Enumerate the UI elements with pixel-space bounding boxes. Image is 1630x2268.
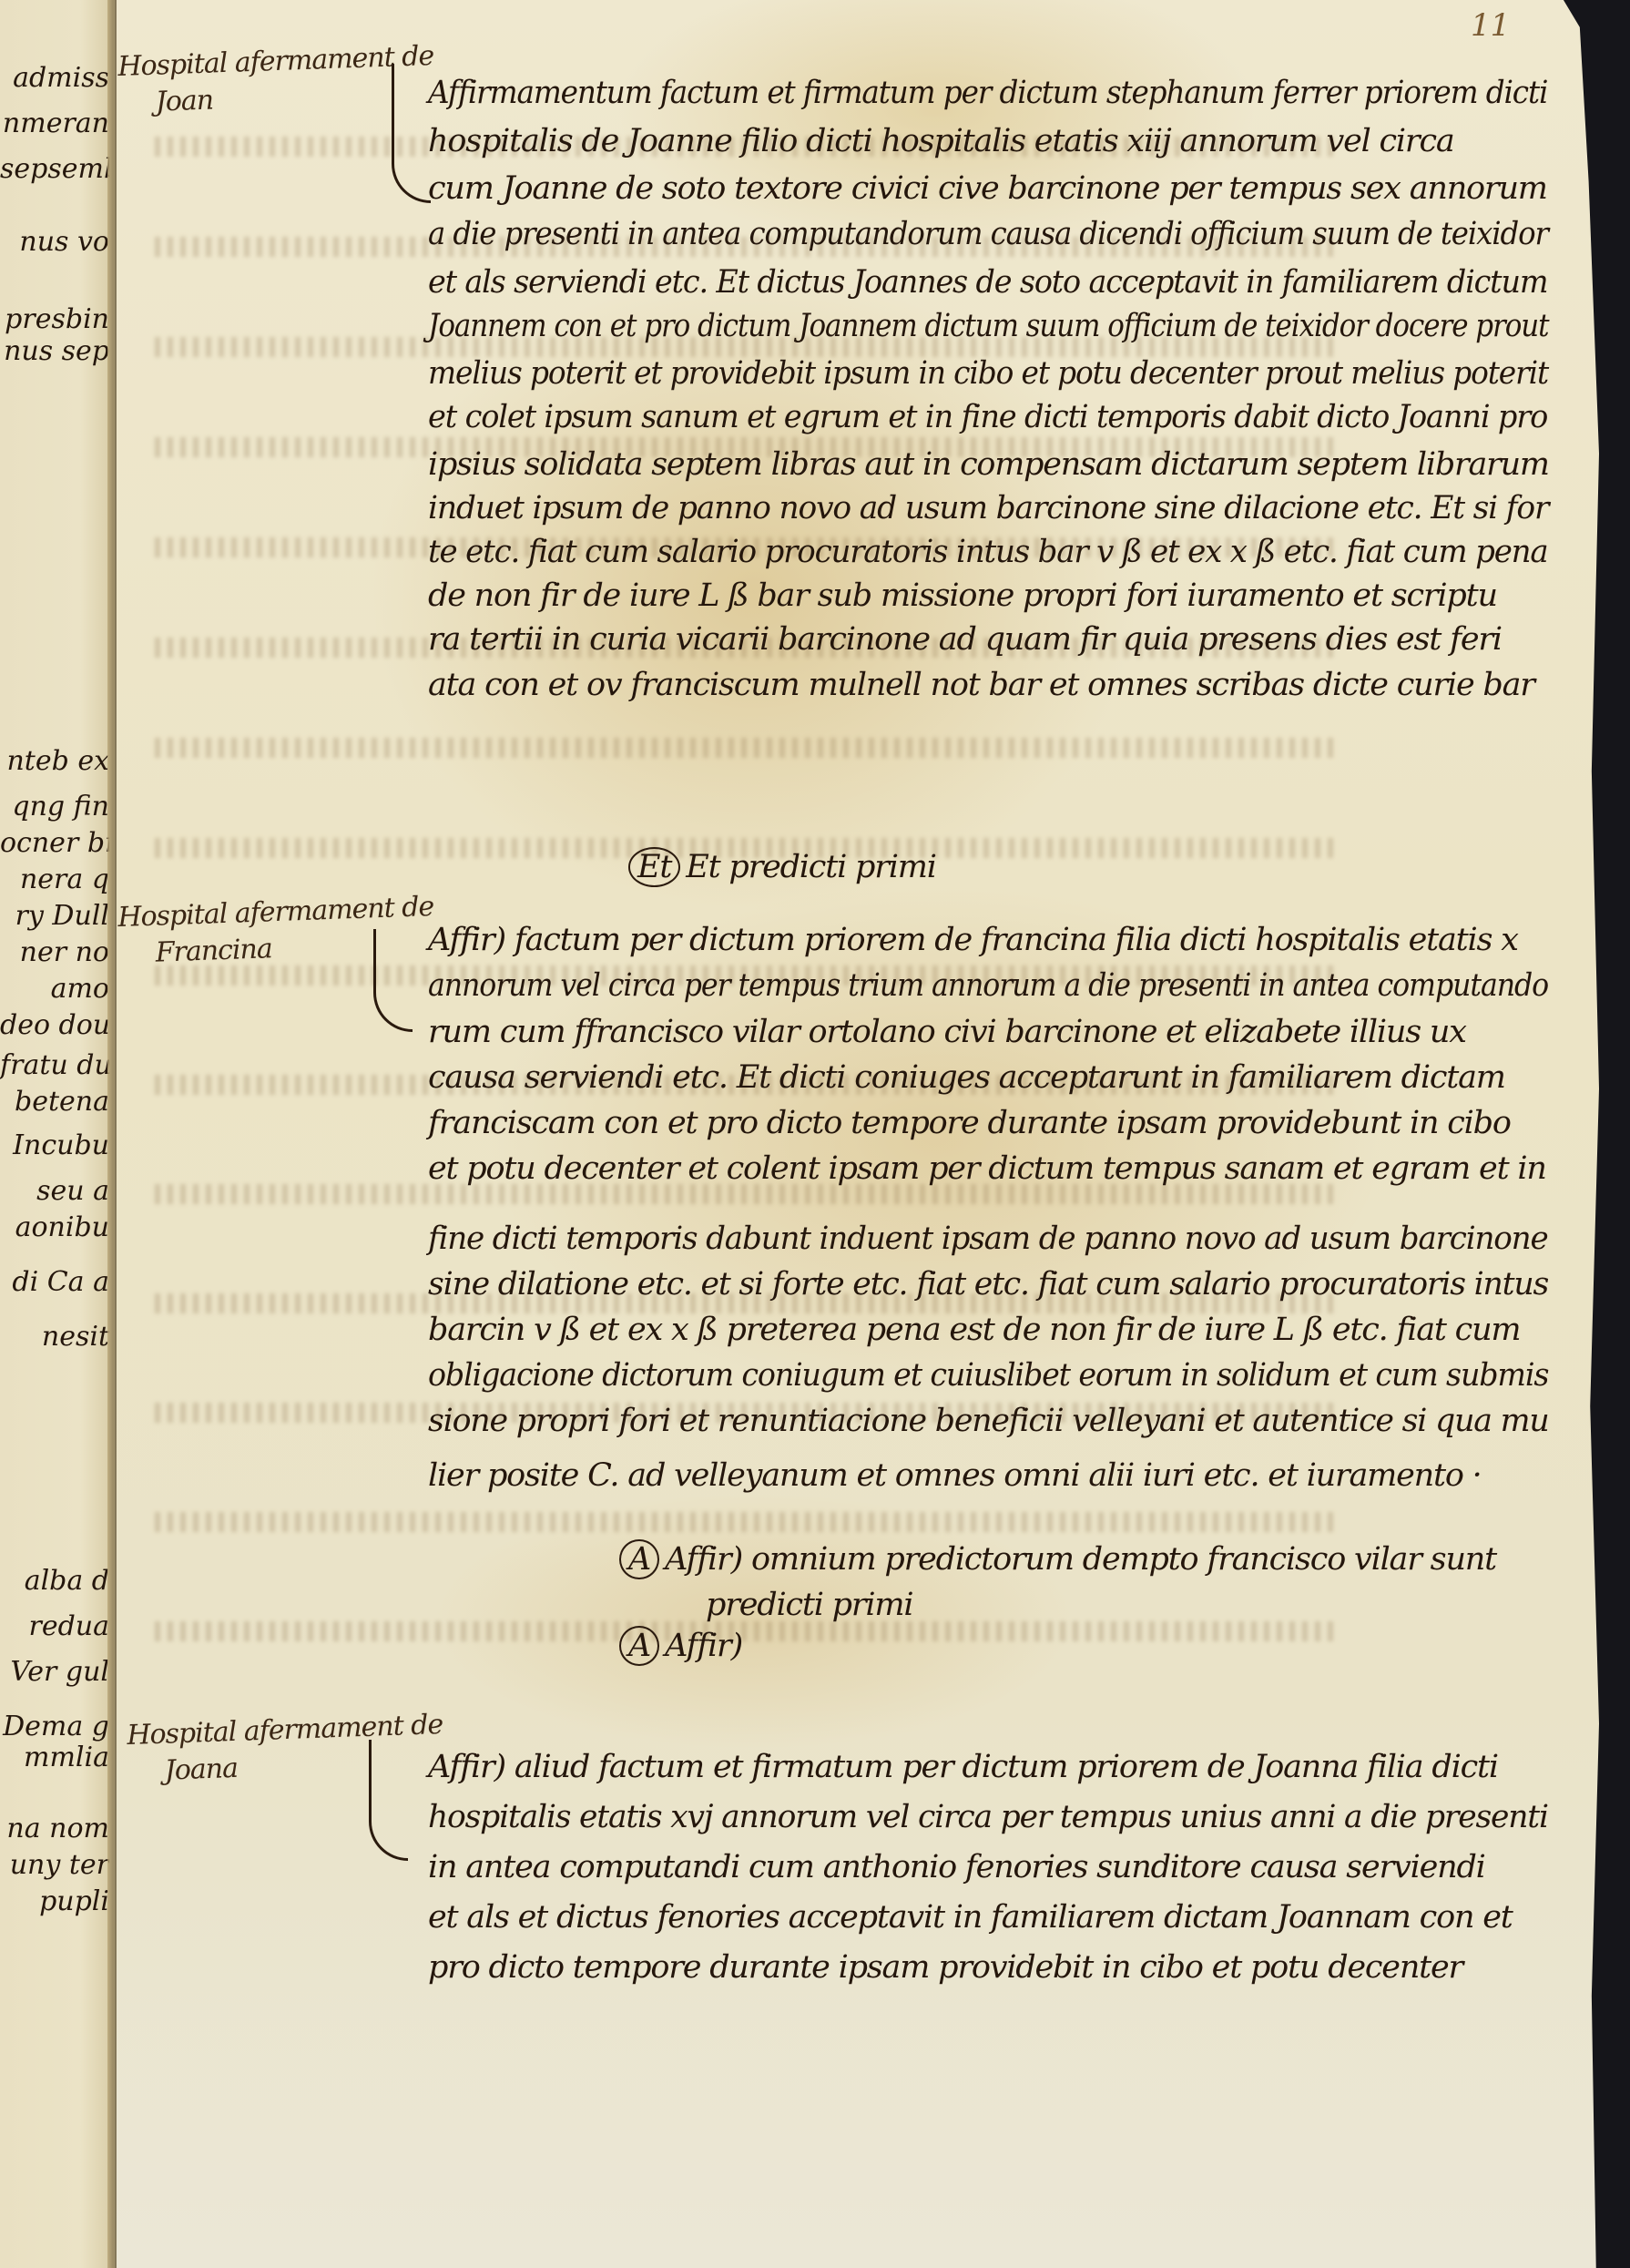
closing-text: Affir)	[665, 1628, 742, 1664]
ink-bleedthrough	[155, 1184, 1339, 1204]
text-line: hospitalis de Joanne filio dicti hospita…	[428, 123, 1454, 159]
left-page-fragment: nus vo	[0, 226, 109, 258]
left-page-fragment: nus sep	[0, 335, 109, 367]
left-page-fragment: nteb ex	[0, 745, 109, 777]
text-line: franciscam con et pro dicto tempore dura…	[428, 1105, 1511, 1141]
closing-line: AAffir)	[619, 1626, 742, 1666]
facing-left-page: admiss nmeran sepsemb nus vo presbin nus…	[0, 0, 115, 2268]
text-line: a die presenti in antea computandorum ca…	[428, 216, 1548, 252]
left-page-fragment: admiss	[0, 62, 109, 94]
text-line: Affirmamentum factum et firmatum per dic…	[428, 75, 1547, 111]
left-page-fragment: redua	[0, 1610, 109, 1642]
text-line: Affir) aliud factum et firmatum per dict…	[428, 1749, 1498, 1785]
text-line: obligacione dictorum coniugum et cuiusli…	[428, 1357, 1548, 1394]
text-line: pro dicto tempore durante ipsam provideb…	[428, 1949, 1462, 1986]
left-page-fragment: betena	[0, 1086, 109, 1118]
left-page-fragment: deo dou	[0, 1009, 109, 1041]
text-line: de non fir de iure L ß bar sub missione …	[428, 577, 1497, 614]
left-page-fragment: ner no	[0, 936, 109, 968]
witness-line: EtEt predicti primi	[628, 847, 936, 887]
left-page-fragment: nera q	[0, 863, 109, 895]
text-line: te etc. fiat cum salario procuratoris in…	[428, 534, 1548, 570]
left-page-fragment: amo	[0, 973, 109, 1005]
ink-bleedthrough	[155, 738, 1339, 758]
text-line: et als et dictus fenories acceptavit in …	[428, 1899, 1513, 1936]
text-line: hospitalis etatis xvj annorum vel circa …	[428, 1799, 1548, 1835]
closing-text: Affir) omnium predictorum dempto francis…	[665, 1541, 1496, 1578]
ink-bleedthrough	[155, 1512, 1339, 1532]
witness-text: Et predicti primi	[686, 849, 936, 885]
left-page-fragment: alba d	[0, 1565, 109, 1597]
ink-bleedthrough	[155, 1621, 1339, 1641]
text-line: et als serviendi etc. Et dictus Joannes …	[428, 264, 1547, 301]
left-page-fragment: mmlia	[0, 1742, 109, 1773]
left-page-fragment: qng fin	[0, 791, 109, 822]
left-page-fragment: ry Dull	[0, 900, 109, 932]
text-line: ipsius solidata septem libras aut in com…	[428, 446, 1549, 483]
left-page-fragment: di Ca a	[0, 1266, 109, 1298]
left-page-fragment: aonibu	[0, 1211, 109, 1243]
left-page-fragment: fratu du	[0, 1049, 109, 1081]
left-page-fragment: pupli	[0, 1885, 109, 1917]
text-line: et potu decenter et colent ipsam per dic…	[428, 1150, 1546, 1187]
left-page-fragment: na nom	[0, 1813, 109, 1844]
text-line: Joannem con et pro dictum Joannem dictum…	[428, 308, 1549, 344]
text-line: annorum vel circa per tempus trium annor…	[428, 967, 1548, 1004]
left-page-fragment: nmeran	[0, 107, 109, 139]
text-line: melius poterit et providebit ipsum in ci…	[428, 355, 1548, 392]
text-line: cum Joanne de soto textore civici cive b…	[428, 170, 1547, 207]
left-page-fragment: Dema g	[0, 1711, 109, 1742]
text-line: ata con et ov franciscum mulnell not bar…	[428, 667, 1534, 703]
left-page-fragment: sepsemb	[0, 153, 109, 185]
margin-note-joan: Hospital afermament de Joan	[117, 38, 436, 122]
folio-number: 11	[1471, 7, 1510, 44]
text-line: fine dicti temporis dabunt induent ipsam…	[428, 1221, 1548, 1257]
entry-bracket	[369, 1740, 408, 1861]
closing-line: predicti primi	[706, 1587, 912, 1623]
entry-bracket	[392, 64, 431, 203]
text-line: sione propri fori et renuntiacione benef…	[428, 1403, 1549, 1439]
closing-line: AAffir) omnium predictorum dempto franci…	[619, 1539, 1496, 1579]
text-line: induet ipsum de panno novo ad usum barci…	[428, 490, 1548, 526]
left-page-fragment: ocner bn	[0, 827, 109, 859]
text-line: et colet ipsum sanum et egrum et in fine…	[428, 399, 1547, 435]
circled-initial: A	[619, 1539, 659, 1579]
text-line: Affir) factum per dictum priorem de fran…	[428, 922, 1518, 958]
left-page-fragment: nesit	[0, 1321, 109, 1353]
circled-initial: A	[619, 1626, 659, 1666]
text-line: in antea computandi cum anthonio fenorie…	[428, 1849, 1485, 1885]
text-line: sine dilatione etc. et si forte etc. fia…	[428, 1266, 1548, 1303]
text-line: ra tertii in curia vicarii barcinone ad …	[428, 621, 1502, 658]
left-page-fragment: uny ter	[0, 1849, 109, 1881]
circled-initial: Et	[628, 847, 680, 887]
left-page-fragment: Ver gul	[0, 1656, 109, 1688]
text-line: lier posite C. ad velleyanum et omnes om…	[428, 1457, 1482, 1494]
text-line: barcin v ß et ex x ß preterea pena est d…	[428, 1312, 1520, 1348]
left-page-fragment: seu a	[0, 1175, 109, 1207]
text-line: rum cum ffrancisco vilar ortolano civi b…	[428, 1014, 1466, 1050]
left-page-fragment: Incubu	[0, 1129, 109, 1161]
left-page-fragment: presbin	[0, 303, 109, 335]
text-line: causa serviendi etc. Et dicti coniuges a…	[428, 1059, 1505, 1096]
